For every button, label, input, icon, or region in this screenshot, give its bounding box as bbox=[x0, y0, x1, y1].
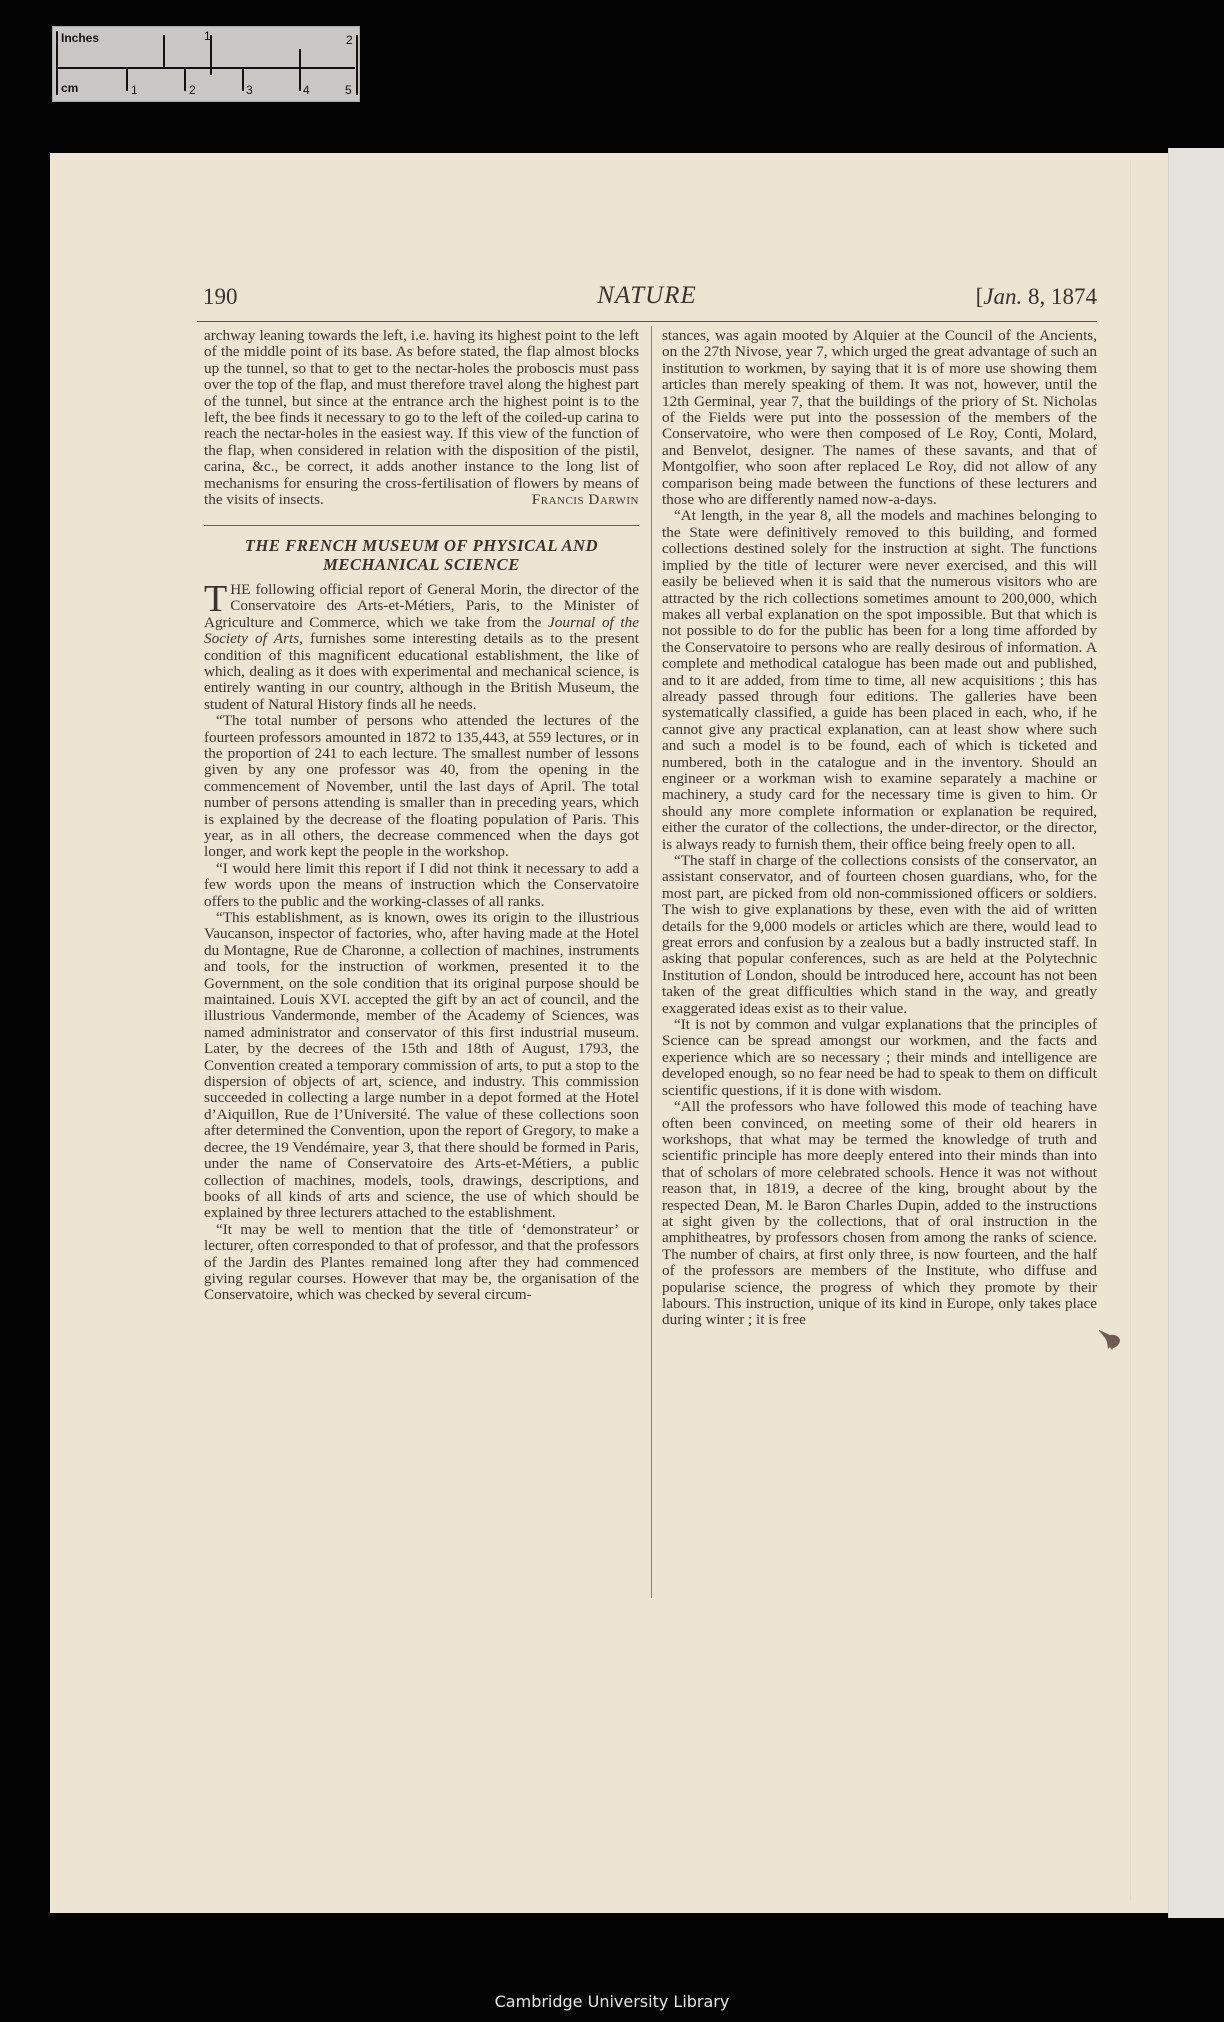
body-paragraph: “At length, in the year 8, all the model… bbox=[662, 508, 1097, 853]
drop-cap: T bbox=[204, 584, 230, 614]
date-month: Jan. bbox=[983, 284, 1022, 309]
ruler-tick bbox=[163, 35, 165, 67]
ruler-inches-label: Inches bbox=[61, 31, 99, 45]
header-rule bbox=[197, 321, 1097, 322]
ruler-tick bbox=[242, 69, 244, 91]
left-column: archway leaning towards the left, i.e. h… bbox=[204, 328, 639, 1304]
library-credit: Cambridge University Library bbox=[0, 1992, 1224, 2011]
ruler-inch-mark: 2 bbox=[346, 33, 353, 47]
ruler-tick bbox=[184, 69, 186, 91]
ruler-tick bbox=[299, 49, 301, 67]
ruler-baseline bbox=[57, 67, 355, 69]
page-fold bbox=[1130, 160, 1131, 1900]
scale-ruler: Inches cm 1 2 1 2 3 4 5 bbox=[52, 26, 360, 102]
ruler-cm-mark: 5 bbox=[345, 83, 352, 97]
pointing-hand-icon bbox=[1098, 1328, 1124, 1350]
ruler-cm-mark: 4 bbox=[303, 83, 310, 97]
ruler-cm-mark: 1 bbox=[131, 83, 138, 97]
body-paragraph: “The staff in charge of the collections … bbox=[662, 853, 1097, 1017]
right-column: stances, was again mooted by Alquier at … bbox=[662, 328, 1097, 1329]
article-title: The French Museum of Physical and Mechan… bbox=[204, 536, 639, 574]
continued-paragraph: archway leaning towards the left, i.e. h… bbox=[204, 328, 639, 508]
body-paragraph: stances, was again mooted by Alquier at … bbox=[662, 328, 1097, 508]
ruler-tick bbox=[299, 69, 301, 91]
body-paragraph: “This establishment, as is known, owes i… bbox=[204, 910, 639, 1222]
ruler-tick bbox=[126, 69, 128, 91]
body-paragraph: “It is not by common and vulgar explanat… bbox=[662, 1017, 1097, 1099]
intro-paragraph: THE following official report of General… bbox=[204, 582, 639, 713]
ruler-cm-mark: 2 bbox=[189, 83, 196, 97]
article-separator bbox=[204, 525, 639, 526]
ruler-tick bbox=[356, 35, 358, 95]
date-day-year: 8, 1874 bbox=[1022, 284, 1097, 309]
ruler-cm-label: cm bbox=[61, 81, 78, 95]
journal-title: NATURE bbox=[197, 282, 1097, 310]
body-paragraph: “It may be well to mention that the titl… bbox=[204, 1222, 639, 1304]
ruler-cm-mark: 3 bbox=[246, 83, 253, 97]
ruler-inch-mark: 1 bbox=[204, 29, 211, 43]
ruler-tick bbox=[56, 31, 58, 95]
issue-date: [Jan. 8, 1874 bbox=[976, 284, 1097, 310]
next-page-edge bbox=[1168, 148, 1224, 1918]
running-header: 190 NATURE [Jan. 8, 1874 bbox=[197, 282, 1097, 318]
body-paragraph: “I would here limit this report if I did… bbox=[204, 861, 639, 910]
body-paragraph: “All the professors who have followed th… bbox=[662, 1099, 1097, 1329]
column-divider bbox=[651, 326, 652, 1598]
body-paragraph: “The total number of persons who attende… bbox=[204, 713, 639, 861]
